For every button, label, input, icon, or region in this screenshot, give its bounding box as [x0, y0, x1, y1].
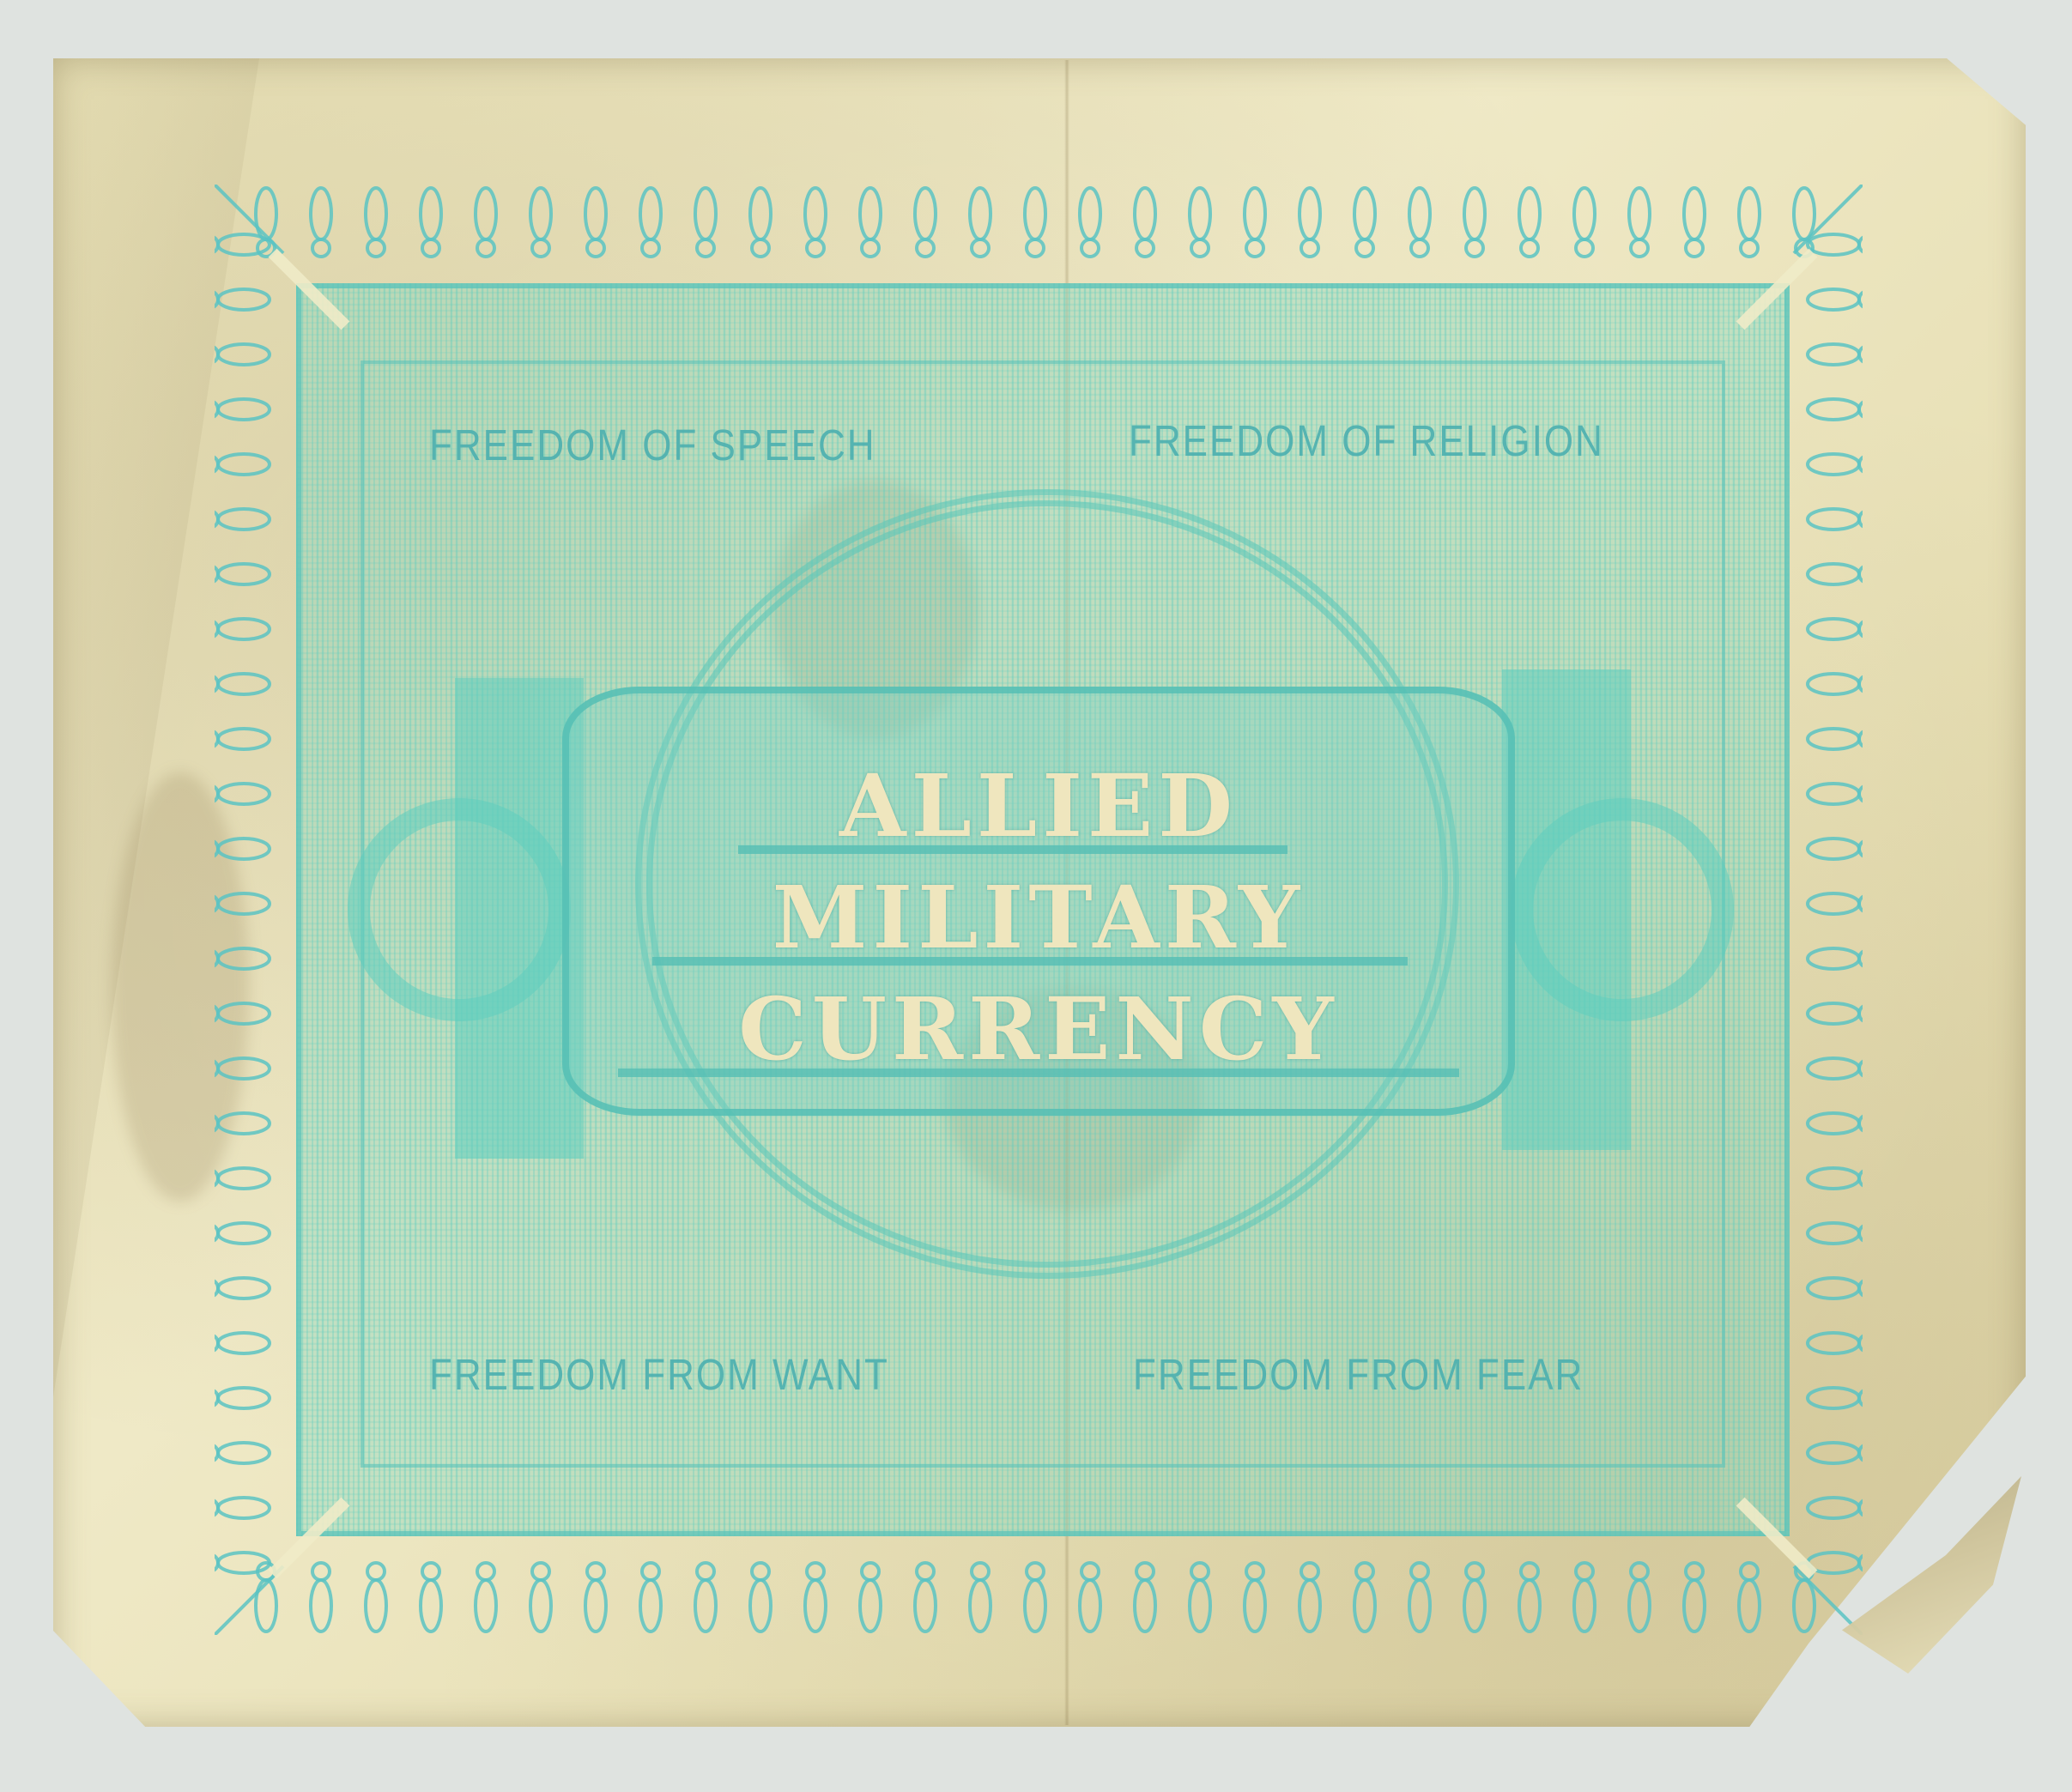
center-line-allied: ALLIED — [562, 755, 1515, 857]
freedom-from-want: FREEDOM FROM WANT — [429, 1351, 889, 1401]
banknote: ALLIED MILITARY CURRENCY FREEDOM OF SPEE… — [0, 0, 2072, 1792]
freedom-from-fear: FREEDOM FROM FEAR — [1133, 1351, 1584, 1401]
freedom-of-speech: FREEDOM OF SPEECH — [429, 421, 876, 471]
left-scroll-ornament — [348, 798, 571, 1021]
right-scroll-ornament — [1511, 798, 1734, 1021]
freedom-of-religion: FREEDOM OF RELIGION — [1129, 417, 1604, 467]
center-line-currency: CURRENCY — [562, 978, 1515, 1080]
center-line-military: MILITARY — [562, 867, 1515, 968]
